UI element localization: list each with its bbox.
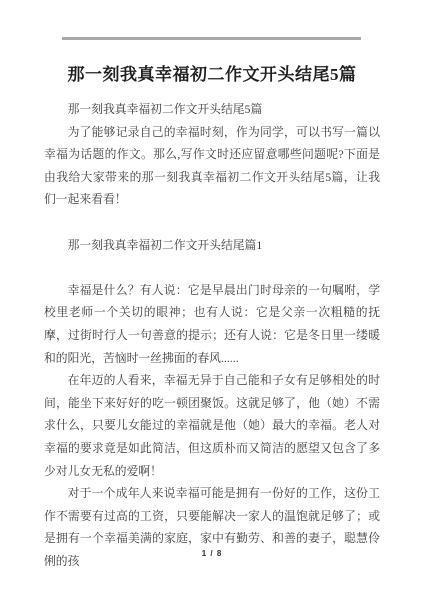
document-page: 那一刻我真幸福初二作文开头结尾5篇 那一刻我真幸福初二作文开头结尾5篇 为了能够… bbox=[0, 0, 424, 600]
document-subtitle: 那一刻我真幸福初二作文开头结尾5篇 bbox=[44, 98, 380, 121]
essay-paragraph-3: 对于一个成年人来说幸福可能是拥有一份好的工作，这份工作不需要有过高的工资，只要能… bbox=[44, 482, 380, 572]
document-title: 那一刻我真幸福初二作文开头结尾5篇 bbox=[0, 60, 424, 85]
intro-paragraph: 为了能够记录自己的幸福时刻，作为同学，可以书写一篇以幸福为话题的作文。那么,写作… bbox=[44, 121, 380, 211]
section-heading: 那一刻我真幸福初二作文开头结尾篇1 bbox=[44, 234, 380, 257]
essay-paragraph-1: 幸福是什么？有人说：它是早晨出门时母亲的一句嘱咐，学校里老师一个关切的眼神；也有… bbox=[44, 279, 380, 369]
essay-paragraph-2: 在年迈的人看来，幸福无异于自己能和子女有足够相处的时间，能坐下来好好的吃一顿团聚… bbox=[44, 369, 380, 482]
document-body: 那一刻我真幸福初二作文开头结尾5篇 为了能够记录自己的幸福时刻，作为同学，可以书… bbox=[44, 98, 380, 572]
page-number: 1 / 8 bbox=[0, 549, 424, 558]
page-top-divider bbox=[62, 37, 361, 40]
